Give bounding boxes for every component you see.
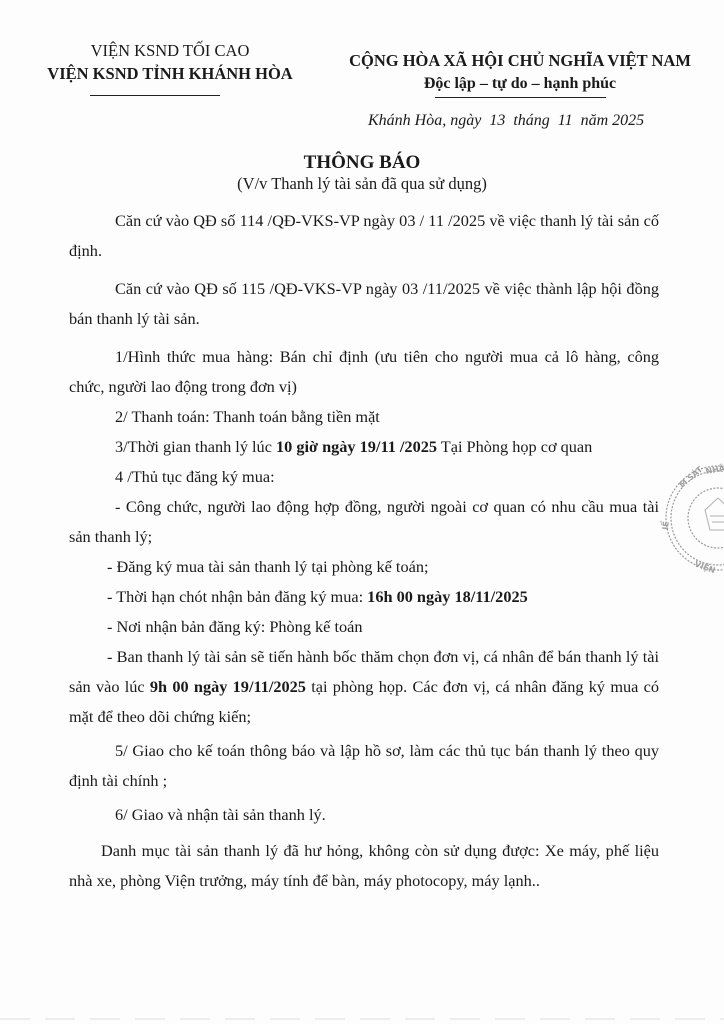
document-subject: (V/v Thanh lý tài sản đã qua sử dụng) (0, 174, 724, 194)
item-2-payment: 2/ Thanh toán: Thanh toán bằng tiền mặt (69, 402, 659, 432)
agency-name: VIỆN KSND TỈNH KHÁNH HÒA (40, 62, 300, 86)
deadline-prefix: - Thời hạn chót nhận bản đăng ký mua: (107, 587, 367, 606)
svg-text:NHÂN: NHÂN (704, 461, 724, 476)
sub-item-receiving-place: - Nơi nhận bản đăng ký: Phòng kế toán (69, 612, 659, 642)
document-page: VIỆN KSND TỐI CAO VIỆN KSND TỈNH KHÁNH H… (0, 0, 724, 1024)
deadline-datetime: 16h 00 ngày 18/11/2025 (367, 587, 528, 606)
item-1-purchase-form: 1/Hình thức mua hàng: Bán chỉ định (ưu t… (69, 342, 659, 402)
item-3-suffix: Tại Phòng họp cơ quan (437, 437, 592, 456)
motto: Độc lập – tự do – hạnh phúc (330, 72, 710, 96)
country-name: CỘNG HÒA XÃ HỘI CHỦ NGHĨA VIỆT NAM (330, 50, 710, 72)
item-6-handover: 6/ Giao và nhận tài sản thanh lý. (69, 800, 659, 830)
svg-text:IỂ: IỂ (660, 520, 671, 530)
svg-text:VIỆN: VIỆN (693, 558, 716, 575)
motto-underline (435, 97, 606, 98)
document-title: THÔNG BÁO (0, 152, 724, 174)
national-motto: CỘNG HÒA XÃ HỘI CHỦ NGHĨA VIỆT NAM Độc l… (330, 50, 710, 96)
item-3-time: 3/Thời gian thanh lý lúc 10 giờ ngày 19/… (69, 432, 659, 462)
item-5-accounting: 5/ Giao cho kế toán thông báo và lập hồ … (69, 736, 659, 796)
parent-agency: VIỆN KSND TỐI CAO (40, 40, 300, 62)
item-4-procedure: 4 /Thủ tục đăng ký mua: (69, 462, 659, 492)
document-body: Căn cứ vào QĐ số 114 /QĐ-VKS-VP ngày 03 … (69, 206, 659, 896)
svg-text:M SÁT: M SÁT (676, 463, 705, 489)
sub-item-lottery: - Ban thanh lý tài sản sẽ tiến hành bốc … (69, 642, 659, 732)
agency-underline (90, 95, 220, 96)
sub-item-registration: - Đăng ký mua tài sản thanh lý tại phòng… (69, 552, 659, 582)
paragraph-basis-2: Căn cứ vào QĐ số 115 /QĐ-VKS-VP ngày 03 … (69, 274, 659, 334)
item-3-prefix: 3/Thời gian thanh lý lúc (115, 437, 276, 456)
item-3-datetime: 10 giờ ngày 19/11 /2025 (276, 437, 437, 456)
official-seal-icon: M SÁT NHÂN IỂ VIỆN (660, 458, 724, 578)
lottery-datetime: 9h 00 ngày 19/11/2025 (150, 677, 306, 696)
sub-item-deadline: - Thời hạn chót nhận bản đăng ký mua: 16… (69, 582, 659, 612)
asset-list: Danh mục tài sản thanh lý đã hư hỏng, kh… (69, 836, 659, 896)
issuing-agency: VIỆN KSND TỐI CAO VIỆN KSND TỈNH KHÁNH H… (40, 40, 300, 86)
date-line: Khánh Hòa, ngày 13 tháng 11 năm 2025 (368, 112, 644, 130)
paragraph-basis-1: Căn cứ vào QĐ số 114 /QĐ-VKS-VP ngày 03 … (69, 206, 659, 266)
scan-artifact (0, 1018, 724, 1020)
sub-item-eligibility: - Công chức, người lao động hợp đồng, ng… (69, 492, 659, 552)
